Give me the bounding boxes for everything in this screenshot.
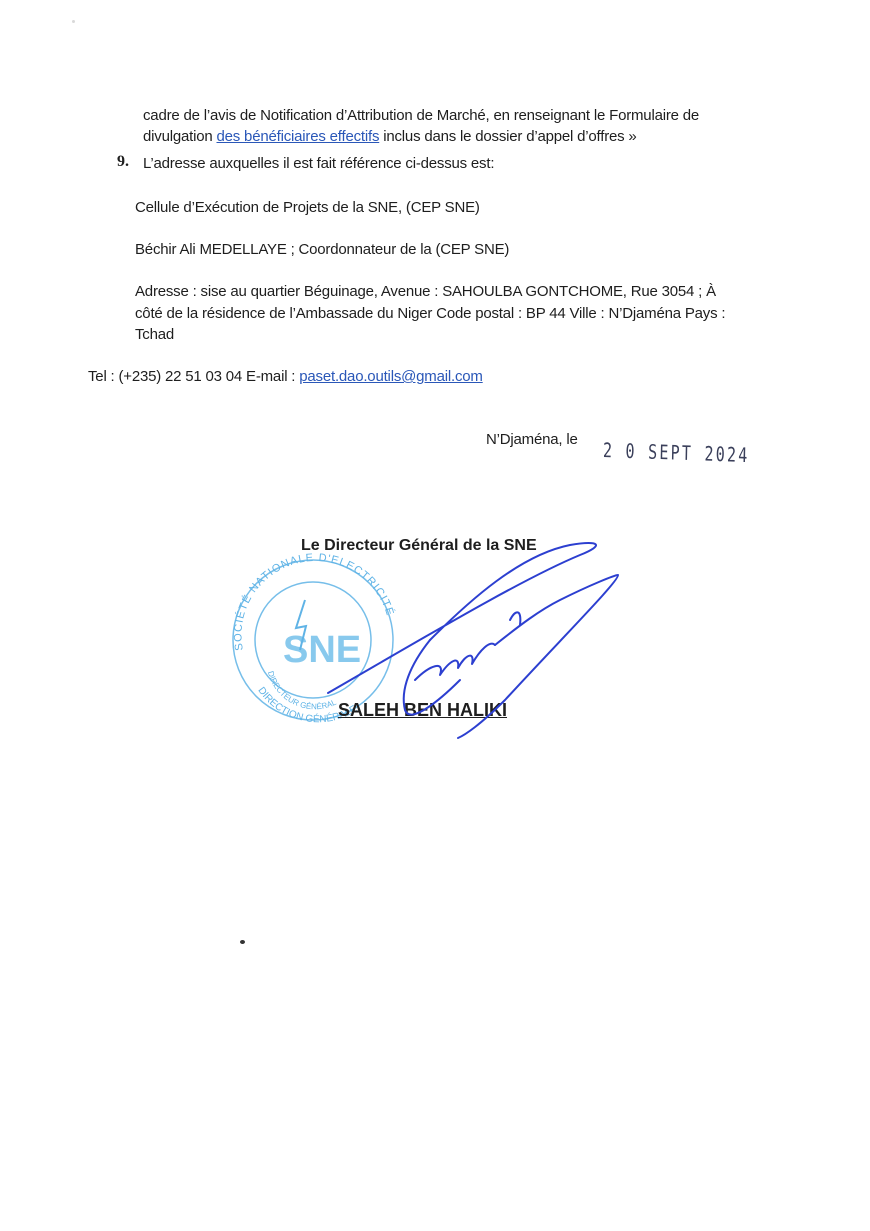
handwritten-signature [0, 0, 870, 1231]
